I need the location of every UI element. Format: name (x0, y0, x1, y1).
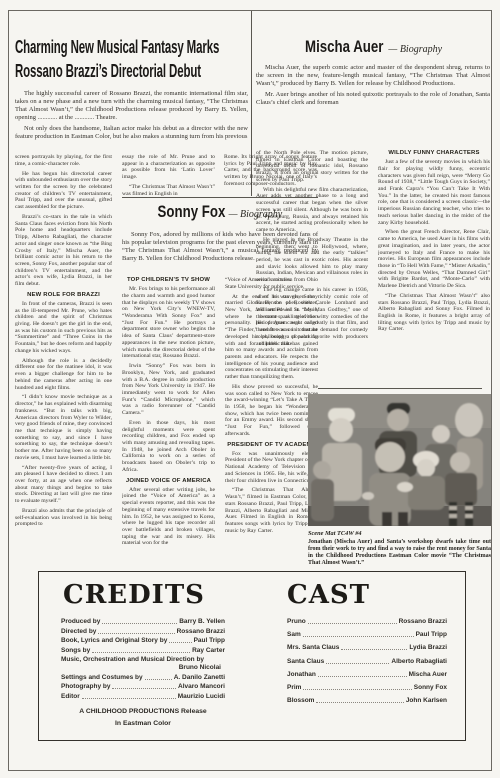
paragraph: When the great French director, Rene Cla… (378, 229, 490, 289)
credits-title: CREDITS (63, 580, 205, 610)
credit-row: Editor Maurizio Lucidi (61, 693, 225, 701)
article-sonny-columns: TOP CHILDREN’S TV SHOW Mr. Fox brings to… (122, 277, 318, 564)
paragraph: “Voice of America” a citation from Ohio … (225, 277, 318, 290)
paragraph: “After twenty-five years of acting, I am… (15, 465, 112, 505)
pressbook-page: Charming New Musical Fantasy Marks Rossa… (0, 0, 500, 778)
cast-row: Jonathan Mischa Auer (287, 671, 447, 679)
subhead-joined-voice-of-america: JOINED VOICE OF AMERICA (122, 478, 215, 485)
paragraph: “The Christmas That Almost Wasn’t” was f… (122, 184, 215, 196)
mischa-column-2: WILDLY FUNNY CHARACTERS Just a few of th… (378, 150, 490, 386)
release-line-1: A CHILDHOOD PRODUCTIONS Release (45, 706, 241, 718)
headline-line-2: Rossano Brazzi’s Directorial Debut (15, 59, 159, 83)
paragraph: Even in those days, his most delightful … (122, 420, 215, 474)
paragraph: In front of the cameras, Brazzi is seen … (15, 301, 112, 355)
subhead-top-childrens-tv-show: TOP CHILDREN’S TV SHOW (122, 277, 215, 284)
credit-label: Music, Orchestration and Musical Directi… (61, 656, 225, 664)
credit-row: Produced by Barry B. Yellen (61, 618, 225, 626)
cast-row: Pruno Rossano Brazzi (287, 618, 447, 626)
article-sonny-intro: Sonny Fox, adored by millions of kids wh… (122, 231, 318, 266)
biography-label: — Biography (229, 209, 283, 220)
credit-name: A. Danilo Zanetti (174, 674, 225, 682)
dotted-leader (318, 676, 407, 677)
subhead-president-of-tv-academy: PRESIDENT OF TV ACADEMY (225, 442, 318, 449)
paragraph: Brazzi’s co-stars in the tale in which S… (15, 214, 112, 288)
credit-name: Barry B. Yellen (179, 618, 225, 626)
paragraph: Although the role is a decidedly differe… (15, 358, 112, 392)
credits-rows: Produced by Barry B. Yellen Directed by … (61, 618, 225, 702)
paragraph: Brazzi also admits that the principle of… (15, 508, 112, 528)
credit-label: Produced by (61, 618, 100, 626)
dotted-leader (145, 679, 172, 680)
paragraph: Irwin “Sonny” Fox was born in Brooklyn, … (122, 363, 215, 417)
brazzi-column-middle: essay the role of Mr. Prune and to appea… (122, 154, 215, 196)
dotted-leader (92, 652, 190, 653)
mischa-auer-title: Mischa Auer (305, 37, 383, 57)
cast-actor: Rossano Brazzi (399, 618, 447, 626)
paragraph: Mr. Auer brings another of his noted qui… (256, 91, 490, 107)
paragraph: Just a few of the seventy movies in whic… (378, 159, 490, 226)
dotted-leader (326, 663, 389, 664)
cast-character: Pruno (287, 618, 306, 626)
cast-actor: Sonny Fox (414, 684, 447, 692)
credit-name: Maurizio Lucidi (178, 693, 225, 701)
cast-actor: Mischa Auer (409, 671, 447, 679)
paragraph: Sonny Fox, adored by millions of kids wh… (122, 231, 318, 263)
paragraph: “The Christmas That Almost Wasn’t” also … (378, 293, 490, 333)
credit-row: Settings and Costumes by A. Danilo Zanet… (61, 674, 225, 682)
paragraph: of the North Pole elves. The motion pict… (256, 150, 368, 184)
dotted-leader (308, 623, 397, 624)
paragraph: essay the role of Mr. Prune and to appea… (122, 154, 215, 181)
scene-photo (308, 394, 491, 526)
subhead-new-role-for-brazzi: NEW ROLE FOR BRAZZI (15, 292, 112, 299)
credit-label: Photography by (61, 683, 110, 691)
paragraph: Not only does the handsome, Italian acto… (15, 125, 248, 141)
cast-character: Blossom (287, 697, 314, 705)
dotted-leader (341, 649, 407, 650)
cast-row: Prim Sonny Fox (287, 684, 447, 692)
subhead-wildly-funny-characters: WILDLY FUNNY CHARACTERS (378, 150, 490, 157)
credit-name: Alvaro Mancori (178, 683, 225, 691)
credit-name: Ray Carter (192, 647, 225, 655)
dotted-leader (169, 642, 191, 643)
credit-name: Bruno Nicolai (61, 664, 225, 672)
paragraph: screen portrayals by playing, for the fi… (15, 154, 112, 167)
caption-text: Jonathan (Mischa Auer) and Santa’s works… (308, 539, 491, 567)
cast-character: Santa Claus (287, 658, 324, 666)
sonny-section-rule (122, 197, 318, 198)
credit-row-music: Music, Orchestration and Musical Directi… (61, 656, 225, 671)
cast-rows: Pruno Rossano Brazzi Sam Paul Tripp Mrs.… (287, 618, 447, 710)
article-mischa-header: Mischa Auer — Biography (256, 37, 490, 57)
cast-actor: John Karlsen (406, 697, 447, 705)
cast-row: Sam Paul Tripp (287, 631, 447, 639)
paragraph: The highly successful career of Rossano … (15, 90, 248, 122)
brazzi-column-left: screen portrayals by playing, for the fi… (15, 154, 112, 566)
article-brazzi-header: Charming New Musical Fantasy Marks Rossa… (15, 35, 248, 83)
cast-row: Blossom John Karlsen (287, 697, 447, 705)
cast-row: Santa Claus Alberto Rabagliati (287, 658, 447, 666)
credit-row: Book, Lyrics and Original Story by Paul … (61, 637, 225, 645)
paragraph: Fox was unanimously elected President of… (225, 451, 318, 485)
credit-label: Songs by (61, 647, 90, 655)
cast-row: Mrs. Santa Claus Lydia Brazzi (287, 644, 447, 652)
cast-character: Prim (287, 684, 301, 692)
paragraph: He has begun his directorial career with… (15, 171, 112, 211)
credit-row: Directed by Rossano Brazzi (61, 628, 225, 636)
paragraph: After several other writing jobs, he joi… (122, 487, 215, 547)
paragraph: His show proved so successful, he was so… (225, 384, 318, 438)
dotted-leader (316, 702, 403, 703)
credit-name: Paul Tripp (194, 637, 225, 645)
release-line-2: In Eastman Color (45, 718, 241, 730)
dotted-leader (112, 688, 176, 689)
credit-row: Songs by Ray Carter (61, 647, 225, 655)
paragraph: Mischa Auer, the superb comic actor and … (256, 64, 490, 88)
cast-actor: Lydia Brazzi (409, 644, 447, 652)
cast-actor: Alberto Rabagliati (391, 658, 447, 666)
headline-line-1: Charming New Musical Fantasy Marks (15, 35, 159, 59)
sonny-fox-title: Sonny Fox (157, 202, 225, 222)
sonny-column-2: “Voice of America” a citation from Ohio … (225, 277, 318, 564)
release-note: A CHILDHOOD PRODUCTIONS Release In Eastm… (45, 706, 241, 730)
credit-name: Rossano Brazzi (177, 628, 225, 636)
credit-row: Photography by Alvaro Mancori (61, 683, 225, 691)
scene-mat-number: Scene Mat TC4W #4 (308, 530, 491, 537)
paragraph: At the end of his travels, Sonny married… (225, 294, 318, 381)
paragraph: “The Christmas That Almost Wasn’t,” film… (225, 487, 318, 534)
cast-character: Jonathan (287, 671, 316, 679)
dotted-leader (102, 623, 177, 624)
article-mischa-intro: Mischa Auer, the superb comic actor and … (256, 64, 490, 110)
sonny-column-1: TOP CHILDREN’S TV SHOW Mr. Fox brings to… (122, 277, 215, 564)
dotted-leader (98, 633, 174, 634)
cast-character: Mrs. Santa Claus (287, 644, 339, 652)
cast-character: Sam (287, 631, 301, 639)
article-brazzi-intro: The highly successful career of Rossano … (15, 90, 248, 145)
credit-label: Directed by (61, 628, 96, 636)
biography-label: — Biography (388, 44, 442, 55)
dotted-leader (303, 636, 414, 637)
credit-label: Editor (61, 693, 80, 701)
dotted-leader (303, 689, 411, 690)
cast-title: CAST (287, 580, 370, 610)
dotted-leader (82, 698, 176, 699)
credits-cast-box: CREDITS Produced by Barry B. Yellen Dire… (38, 571, 466, 741)
credit-label: Book, Lyrics and Original Story by (61, 637, 167, 645)
photo-caption: Scene Mat TC4W #4 Jonathan (Mischa Auer)… (308, 530, 491, 567)
credit-label: Settings and Costumes by (61, 674, 143, 682)
article-end-rule (318, 388, 482, 389)
cast-actor: Paul Tripp (416, 631, 447, 639)
article-sonny-header: Sonny Fox — Biography (122, 202, 318, 222)
paragraph: Mr. Fox brings to his performance all th… (122, 286, 215, 360)
paragraph: “I didn’t know movie technique as a dire… (15, 394, 112, 461)
